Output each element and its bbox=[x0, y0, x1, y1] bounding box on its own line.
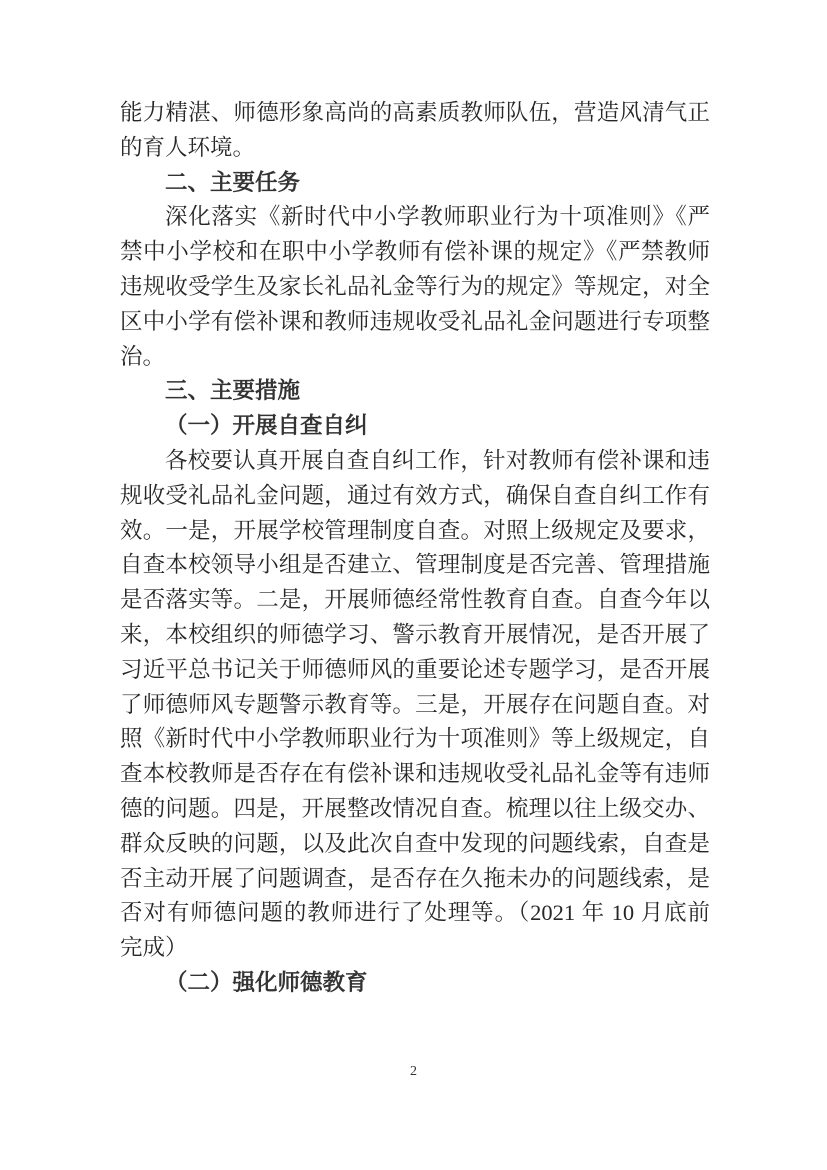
document-page: 能力精湛、师德形象高尚的高素质教师队伍，营造风清气正的育人环境。 二、主要任务 … bbox=[0, 0, 827, 1170]
paragraph-continuation: 能力精湛、师德形象高尚的高素质教师队伍，营造风清气正的育人环境。 bbox=[120, 96, 710, 166]
section-heading-main-tasks: 二、主要任务 bbox=[120, 166, 710, 201]
paragraph-main-tasks: 深化落实《新时代中小学教师职业行为十项准则》《严禁中小学校和在职中小学教师有偿补… bbox=[120, 200, 710, 374]
document-body: 能力精湛、师德形象高尚的高素质教师队伍，营造风清气正的育人环境。 二、主要任务 … bbox=[120, 96, 710, 1001]
page-number: 2 bbox=[410, 1064, 417, 1079]
section-heading-main-measures: 三、主要措施 bbox=[120, 374, 710, 409]
sub-heading-strengthen-ethics-education: （二）强化师德教育 bbox=[120, 966, 710, 1001]
paragraph-self-inspection: 各校要认真开展自查自纠工作，针对教师有偿补课和违规收受礼品礼金问题，通过有效方式… bbox=[120, 444, 710, 966]
sub-heading-self-inspection: （一）开展自查自纠 bbox=[120, 409, 710, 444]
page-footer: 2 bbox=[0, 1062, 827, 1082]
